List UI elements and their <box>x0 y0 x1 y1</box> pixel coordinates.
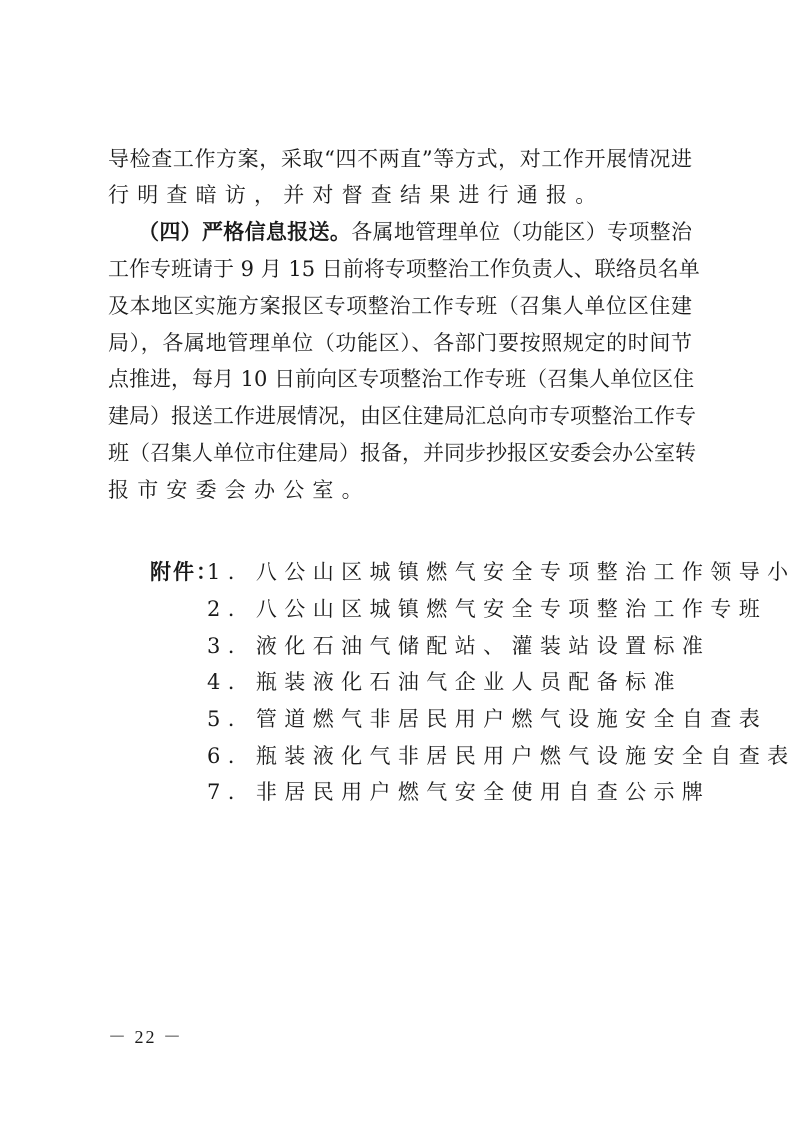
attachment-item: 1. 八公山区城镇燃气安全专项整治工作领导小组 <box>207 557 793 587</box>
section-heading: （四）严格信息报送。 <box>138 220 351 244</box>
attachment-item: 4. 瓶装液化石油气企业人员配备标准 <box>207 667 682 697</box>
paragraph-line: 报市安委会办公室。 <box>108 475 692 505</box>
attachment-item: 6. 瓶装液化气非居民用户燃气设施安全自查表 <box>207 741 793 771</box>
paragraph-line: 班（召集人单位市住建局）报备，并同步抄报区安委会办公室转 <box>108 438 692 468</box>
paragraph-line: 行明查暗访，并对督查结果进行通报。 <box>108 180 692 210</box>
paragraph-line: 点推进，每月 10 日前向区专项整治工作专班（召集人单位区住 <box>108 364 692 394</box>
paragraph-line: 局），各属地管理单位（功能区）、各部门要按照规定的时间节 <box>108 328 692 358</box>
section-heading-rest: 各属地管理单位（功能区）专项整治 <box>351 220 692 244</box>
attachment-item: 2. 八公山区城镇燃气安全专项整治工作专班 <box>207 594 767 624</box>
paragraph-line: 建局）报送工作进展情况，由区住建局汇总向市专项整治工作专 <box>108 401 692 431</box>
paragraph-line: 工作专班请于 9 月 15 日前将专项整治工作负责人、联络员名单 <box>108 254 692 284</box>
attachment-item: 5. 管道燃气非居民用户燃气设施安全自查表 <box>207 704 767 734</box>
section-heading-line: （四）严格信息报送。各属地管理单位（功能区）专项整治 <box>138 217 692 247</box>
paragraph-line: 及本地区实施方案报区专项整治工作专班（召集人单位区住建 <box>108 291 692 321</box>
document-page: 导检查工作方案，采取“四不两直”等方式，对工作开展情况进 行明查暗访，并对督查结… <box>0 0 793 1122</box>
page-number: － 22 － <box>108 1025 183 1049</box>
paragraph-line: 导检查工作方案，采取“四不两直”等方式，对工作开展情况进 <box>108 144 692 174</box>
attachment-item: 7. 非居民用户燃气安全使用自查公示牌 <box>207 777 710 807</box>
attachment-item: 3. 液化石油气储配站、灌装站设置标准 <box>207 631 710 661</box>
